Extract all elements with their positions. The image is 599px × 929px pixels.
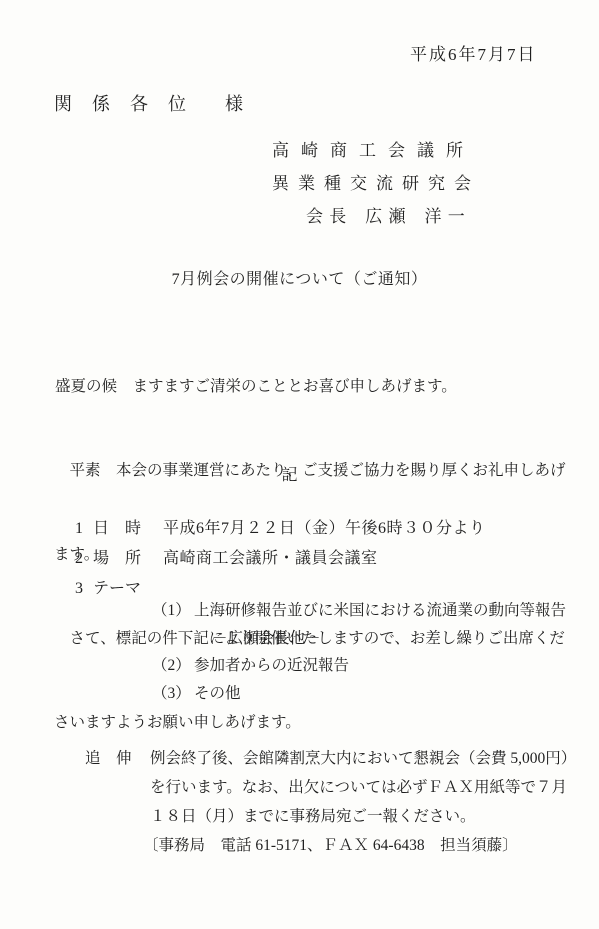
agenda-item-number: 3: [75, 574, 93, 604]
body-line: 盛夏の候 ますますご清栄のこととお喜び申しあげます。: [55, 373, 574, 401]
theme-item: （3） その他: [152, 680, 566, 708]
sender-chairman: 会 長 広 瀬 洋 一: [306, 200, 480, 233]
theme-item-subtext: －広瀬会長他－: [212, 625, 566, 653]
sender-organization: 高崎商工会議所: [272, 134, 480, 167]
record-marker: 記: [0, 462, 599, 485]
document-page: 平成6年7月7日 関 係 各 位 様 高崎商工会議所 異業種交流研究会 会 長 …: [0, 0, 599, 929]
agenda-item-number: 1: [75, 514, 93, 544]
agenda-item-datetime: 1 日 時 平成6年7月２２日（金）午後6時３０分より: [75, 514, 486, 544]
theme-list: （1） 上海研修報告並びに米国における流通業の動向等報告 －広瀬会長他－ （2）…: [152, 597, 566, 707]
recipient-line: 関 係 各 位 様: [54, 90, 244, 116]
theme-item-text: 参加者からの近況報告: [194, 652, 349, 680]
postscript-office-contact: 〔事務局 電話 61-5171、ＦＡＸ 64-6438 担当須藤〕: [143, 831, 576, 860]
postscript-line: 例会終了後、会館隣割烹大内において懇親会（会費 5,000円）: [150, 744, 576, 773]
agenda-item-value: 平成6年7月２２日（金）午後6時３０分より: [163, 514, 486, 544]
agenda-list: 1 日 時 平成6年7月２２日（金）午後6時３０分より 2 場 所 高崎商工会議…: [75, 514, 486, 604]
agenda-item-value: 高崎商工会議所・議員会議室: [163, 544, 378, 574]
theme-item-number: （1）: [152, 597, 194, 625]
theme-item: （2） 参加者からの近況報告: [152, 652, 566, 680]
body-line: さいますようお願い申しあげます。: [54, 709, 574, 737]
document-title: 7月例会の開催について（ご通知）: [0, 266, 599, 289]
postscript-label: 追 伸: [85, 744, 150, 860]
postscript-line: １８日（月）までに事務局宛ご一報ください。: [150, 802, 576, 831]
theme-item-text: その他: [194, 680, 241, 708]
theme-item-text: 上海研修報告並びに米国における流通業の動向等報告: [194, 597, 566, 625]
postscript-line: を行います。なお、出欠については必ずＦＡＸ用紙等で７月: [150, 773, 576, 802]
theme-item-number: （3）: [152, 680, 194, 708]
postscript-body: 例会終了後、会館隣割烹大内において懇親会（会費 5,000円） を行います。なお…: [150, 744, 576, 860]
document-date: 平成6年7月7日: [410, 40, 537, 65]
theme-item-number: （2）: [152, 652, 194, 680]
agenda-item-number: 2: [75, 544, 93, 574]
sender-group: 異業種交流研究会: [272, 167, 480, 200]
theme-item: （1） 上海研修報告並びに米国における流通業の動向等報告: [152, 597, 566, 625]
agenda-item-label: 場 所: [93, 544, 163, 574]
agenda-item-label: 日 時: [93, 514, 163, 544]
postscript-block: 追 伸 例会終了後、会館隣割烹大内において懇親会（会費 5,000円） を行いま…: [85, 744, 576, 860]
agenda-item-place: 2 場 所 高崎商工会議所・議員会議室: [75, 544, 486, 574]
sender-block: 高崎商工会議所 異業種交流研究会 会 長 広 瀬 洋 一: [272, 134, 480, 233]
